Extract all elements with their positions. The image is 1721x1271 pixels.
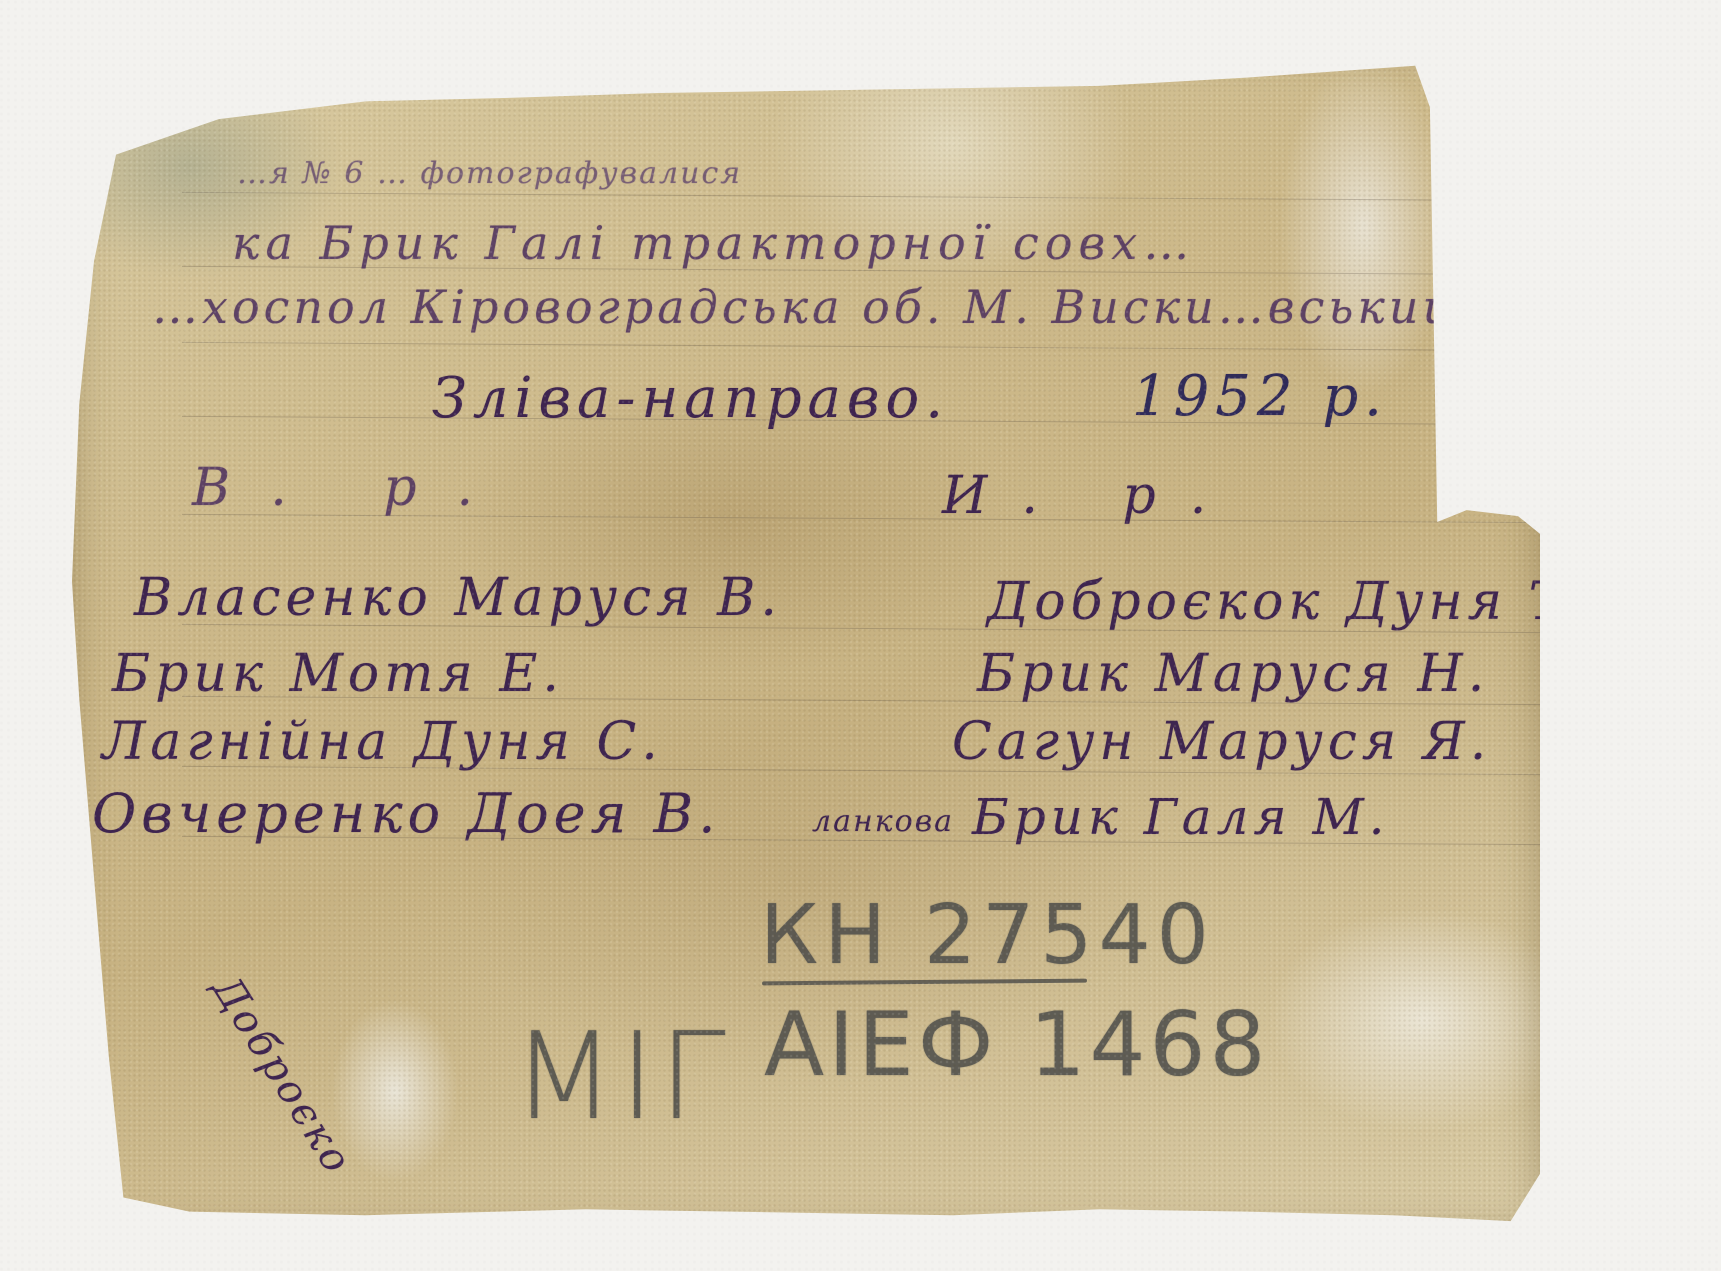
name-left-4: Овчеренко Доея В.	[92, 782, 720, 845]
name-left-2: Брик Мотя Е.	[112, 644, 564, 704]
ruled-line	[182, 342, 1542, 351]
name-right-1: Доброєкок Дуня Т.	[987, 572, 1590, 632]
inscription-line-3: …хоспол Кіровоградська об. М. Виски…вськ…	[152, 280, 1527, 334]
name-left-1: Власенко Маруся В.	[134, 568, 782, 628]
archive-collection-mark: МІГ	[512, 1008, 730, 1147]
name-right-2: Брик Маруся Н.	[977, 644, 1489, 704]
caption-left-to-right: Зліва-направо.	[432, 366, 949, 431]
year-label: 1952 р.	[1132, 364, 1388, 429]
row-header-left: В. р.	[192, 458, 513, 518]
photo-card-reverse: …я № 6 … фотографувалися ка Брик Галі тр…	[72, 48, 1540, 1233]
archive-inventory-number: КН 27540	[760, 888, 1215, 983]
row-header-right: И. р.	[942, 466, 1240, 526]
inscription-line-2: ка Брик Галі тракторної совх…	[232, 216, 1195, 270]
ruled-line	[182, 192, 1542, 201]
archive-fund-number: АІЕФ 1468	[764, 993, 1269, 1096]
name-right-3: Сагун Маруся Я.	[952, 712, 1491, 772]
inscription-line-1: …я № 6 … фотографувалися	[237, 156, 742, 191]
name-left-3: Лагнійна Дуня С.	[102, 712, 663, 772]
signature: Доброєко	[203, 968, 361, 1183]
name-right-4: Брик Галя М.	[972, 788, 1390, 846]
inline-note-link-leader: ланкова	[812, 804, 954, 839]
